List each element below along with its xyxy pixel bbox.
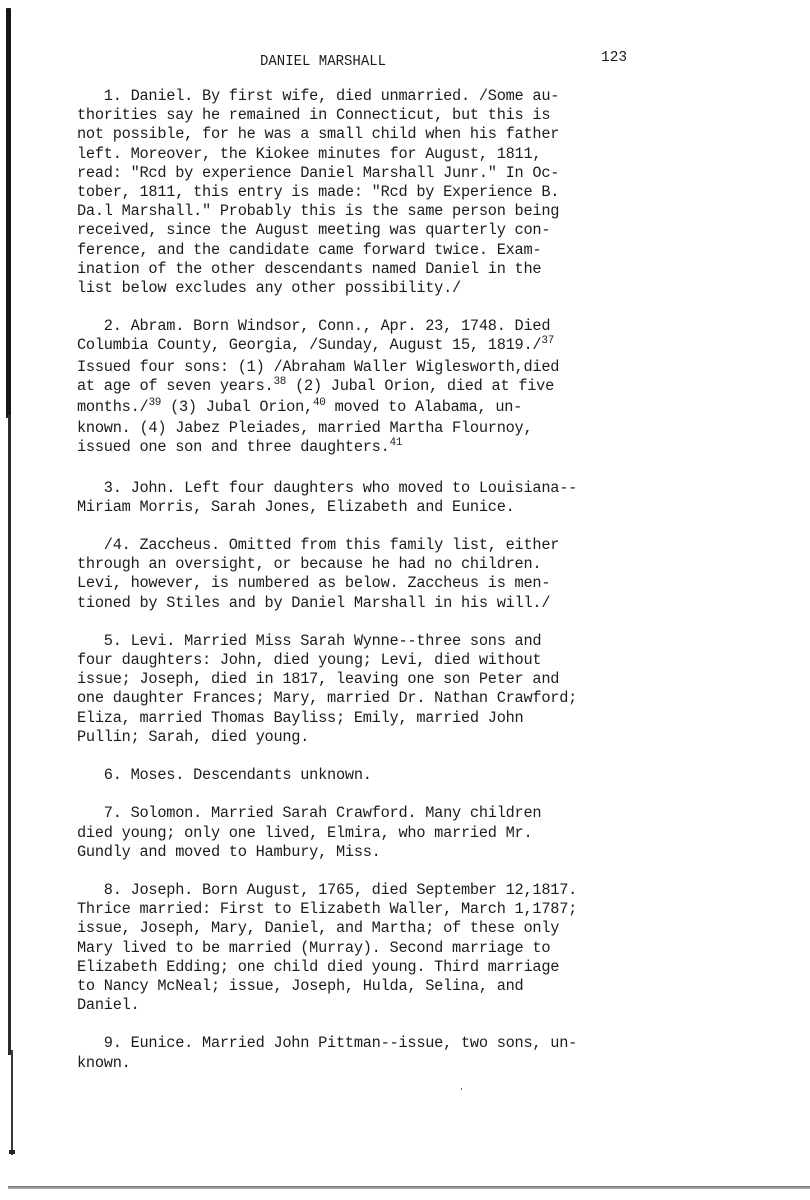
text-line: Daniel. bbox=[77, 996, 637, 1015]
text-line: issue, Joseph, Mary, Daniel, and Martha;… bbox=[77, 919, 637, 938]
text-line: issued one son and three daughters.41 bbox=[77, 438, 637, 459]
text-line: Pullin; Sarah, died young. bbox=[77, 728, 637, 747]
text-line: 7. Solomon. Married Sarah Crawford. Many… bbox=[77, 804, 637, 823]
text-line: known. bbox=[77, 1054, 637, 1073]
text-line: thorities say he remained in Connecticut… bbox=[77, 106, 637, 125]
entry-eunice: 9. Eunice. Married John Pittman--issue, … bbox=[77, 1034, 637, 1072]
entry-levi: 5. Levi. Married Miss Sarah Wynne--three… bbox=[77, 632, 637, 747]
text-line: left. Moreover, the Kiokee minutes for A… bbox=[77, 145, 637, 164]
binding-edge-line bbox=[8, 415, 11, 1055]
text-line: to Nancy McNeal; issue, Joseph, Hulda, S… bbox=[77, 977, 637, 996]
text-line: not possible, for he was a small child w… bbox=[77, 125, 637, 144]
text-line: 8. Joseph. Born August, 1765, died Septe… bbox=[77, 881, 637, 900]
footnote-marker: 40 bbox=[313, 397, 326, 409]
text-line: Da.l Marshall." Probably this is the sam… bbox=[77, 202, 637, 221]
text-line: Gundly and moved to Hambury, Miss. bbox=[77, 843, 637, 862]
text-line: Miriam Morris, Sarah Jones, Elizabeth an… bbox=[77, 498, 637, 517]
page-number: 123 bbox=[601, 50, 627, 66]
text-line: Thrice married: First to Elizabeth Walle… bbox=[77, 900, 637, 919]
entry-john: 3. John. Left four daughters who moved t… bbox=[77, 479, 637, 517]
text-line: 1. Daniel. By first wife, died unmarried… bbox=[77, 87, 637, 106]
text-line: tioned by Stiles and by Daniel Marshall … bbox=[77, 594, 637, 613]
text-line: ference, and the candidate came forward … bbox=[77, 241, 637, 260]
text-line: Eliza, married Thomas Bayliss; Emily, ma… bbox=[77, 709, 637, 728]
text-line: 9. Eunice. Married John Pittman--issue, … bbox=[77, 1034, 637, 1053]
text-line: tober, 1811, this entry is made: "Rcd by… bbox=[77, 183, 637, 202]
entry-moses: 6. Moses. Descendants unknown. bbox=[77, 766, 637, 785]
text-segment: moved to Alabama, un- bbox=[326, 398, 522, 416]
entry-joseph: 8. Joseph. Born August, 1765, died Septe… bbox=[77, 881, 637, 1015]
text-line: through an oversight, or because he had … bbox=[77, 555, 637, 574]
document-page: DANIEL MARSHALL 123 1. Daniel. By first … bbox=[0, 0, 810, 1200]
text-line: 3. John. Left four daughters who moved t… bbox=[77, 479, 637, 498]
running-header-title: DANIEL MARSHALL bbox=[260, 54, 386, 71]
binding-edge-mark bbox=[9, 1150, 15, 1154]
text-line: Issued four sons: (1) /Abraham Waller Wi… bbox=[77, 358, 637, 377]
text-line: read: "Rcd by experience Daniel Marshall… bbox=[77, 164, 637, 183]
text-line: ination of the other descendants named D… bbox=[77, 260, 637, 279]
text-line: 6. Moses. Descendants unknown. bbox=[77, 766, 637, 785]
text-line: Levi, however, is numbered as below. Zac… bbox=[77, 574, 637, 593]
document-body: 1. Daniel. By first wife, died unmarried… bbox=[77, 87, 637, 1073]
footnote-marker: 38 bbox=[273, 376, 286, 388]
text-line: received, since the August meeting was q… bbox=[77, 221, 637, 240]
footnote-marker: 39 bbox=[148, 397, 161, 409]
text-segment: issued one son and three daughters. bbox=[77, 438, 390, 456]
entry-zaccheus: /4. Zaccheus. Omitted from this family l… bbox=[77, 536, 637, 613]
text-line: died young; only one lived, Elmira, who … bbox=[77, 824, 637, 843]
text-line: issue; Joseph, died in 1817, leaving one… bbox=[77, 670, 637, 689]
text-segment: (3) Jubal Orion, bbox=[161, 398, 313, 416]
footnote-marker: 37 bbox=[541, 335, 554, 347]
text-line: four daughters: John, died young; Levi, … bbox=[77, 651, 637, 670]
text-line: /4. Zaccheus. Omitted from this family l… bbox=[77, 536, 637, 555]
footnote-marker: 41 bbox=[390, 437, 403, 449]
text-segment: months./ bbox=[77, 398, 148, 416]
text-line: Columbia County, Georgia, /Sunday, Augus… bbox=[77, 336, 637, 357]
binding-edge-line bbox=[6, 8, 11, 418]
text-line: Mary lived to be married (Murray). Secon… bbox=[77, 939, 637, 958]
entry-solomon: 7. Solomon. Married Sarah Crawford. Many… bbox=[77, 804, 637, 862]
text-line: at age of seven years.38 (2) Jubal Orion… bbox=[77, 377, 637, 398]
entry-abram: 2. Abram. Born Windsor, Conn., Apr. 23, … bbox=[77, 317, 637, 459]
text-line: 5. Levi. Married Miss Sarah Wynne--three… bbox=[77, 632, 637, 651]
scan-speck bbox=[461, 1088, 462, 1090]
text-line: Elizabeth Edding; one child died young. … bbox=[77, 958, 637, 977]
text-segment: Columbia County, Georgia, /Sunday, Augus… bbox=[77, 336, 541, 354]
text-line: known. (4) Jabez Pleiades, married Marth… bbox=[77, 419, 637, 438]
text-segment: (2) Jubal Orion, died at five bbox=[286, 377, 554, 395]
binding-edge-line bbox=[11, 1050, 13, 1155]
text-line: 2. Abram. Born Windsor, Conn., Apr. 23, … bbox=[77, 317, 637, 336]
text-line: months./39 (3) Jubal Orion,40 moved to A… bbox=[77, 398, 637, 419]
text-line: one daughter Frances; Mary, married Dr. … bbox=[77, 689, 637, 708]
text-line: list below excludes any other possibilit… bbox=[77, 279, 637, 298]
page-bottom-shadow bbox=[8, 1186, 810, 1189]
text-segment: at age of seven years. bbox=[77, 377, 273, 395]
entry-daniel: 1. Daniel. By first wife, died unmarried… bbox=[77, 87, 637, 298]
